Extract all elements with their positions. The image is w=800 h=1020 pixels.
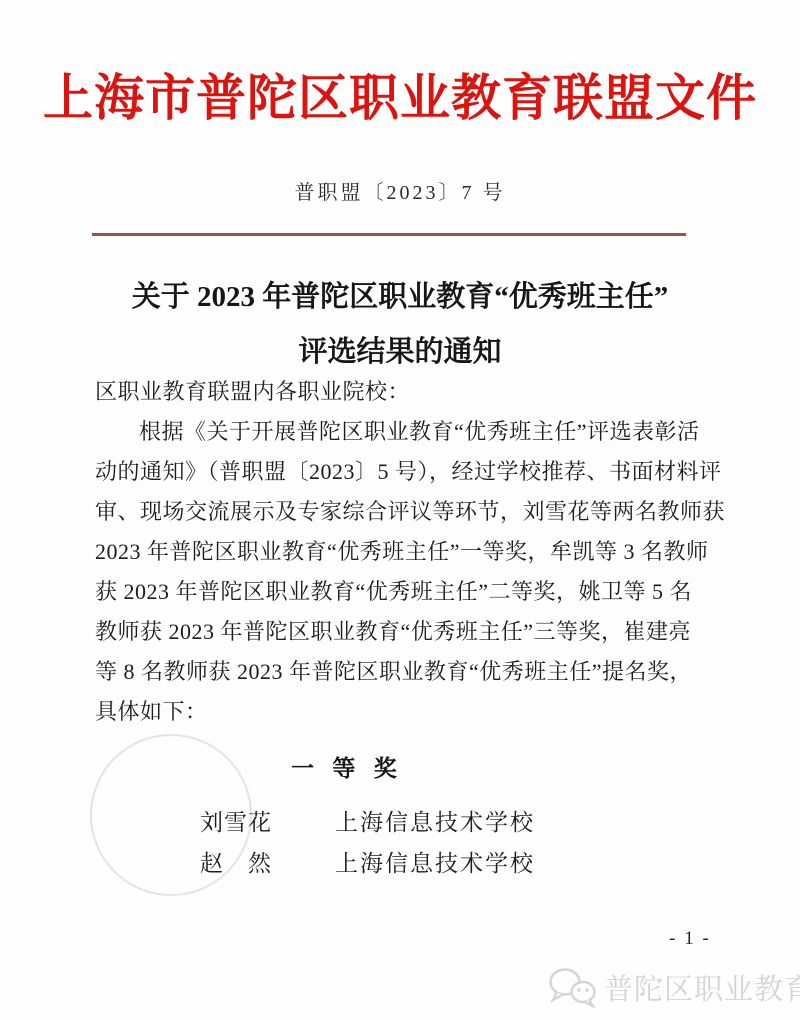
winner-name: 赵 然 <box>200 845 335 878</box>
first-prize-heading: 一 等 奖 <box>291 750 403 783</box>
body-line: 审、现场交流展示及专家综合评议等环节，刘雪花等两名教师获 <box>95 492 713 532</box>
wechat-watermark: 普陀区职业教育联盟 <box>548 966 800 1008</box>
body-line: 获 2023 年普陀区职业教育“优秀班主任”二等奖，姚卫等 5 名 <box>95 572 713 612</box>
winner-school: 上海信息技术学校 <box>335 804 535 837</box>
watermark-label: 普陀区职业教育联盟 <box>604 967 800 1008</box>
wechat-icon <box>548 966 598 1008</box>
body-text: 区职业教育联盟内各职业院校： 根据《关于开展普陀区职业教育“优秀班主任”评选表彰… <box>95 372 713 732</box>
doc-number: 普职盟〔2023〕7 号 <box>0 176 800 205</box>
body-line: 具体如下： <box>95 692 713 732</box>
org-header-title: 上海市普陀区职业教育联盟文件 <box>0 58 800 130</box>
first-prize-winner-list: 刘雪花 上海信息技术学校 赵 然 上海信息技术学校 <box>200 800 620 882</box>
body-line: 2023 年普陀区职业教育“优秀班主任”一等奖，牟凯等 3 名教师 <box>95 532 713 572</box>
red-divider-line <box>92 233 686 236</box>
winner-name: 刘雪花 <box>200 804 335 837</box>
winner-school: 上海信息技术学校 <box>335 845 535 878</box>
page-number: - 1 - <box>655 928 725 950</box>
body-line: 教师获 2023 年普陀区职业教育“优秀班主任”三等奖，崔建亮 <box>95 612 713 652</box>
body-line: 根据《关于开展普陀区职业教育“优秀班主任”评选表彰活 <box>95 412 713 452</box>
body-line: 等 8 名教师获 2023 年普陀区职业教育“优秀班主任”提名奖， <box>95 652 713 692</box>
official-document-page: 上海市普陀区职业教育联盟文件 普职盟〔2023〕7 号 关于 2023 年普陀区… <box>0 0 800 1020</box>
winner-row: 刘雪花 上海信息技术学校 <box>200 800 620 841</box>
body-salutation: 区职业教育联盟内各职业院校： <box>95 372 713 412</box>
winner-row: 赵 然 上海信息技术学校 <box>200 841 620 882</box>
body-line: 动的通知》（普职盟〔2023〕5 号），经过学校推荐、书面材料评 <box>95 452 713 492</box>
doc-title: 关于 2023 年普陀区职业教育“优秀班主任” 评选结果的通知 <box>0 270 800 380</box>
doc-title-line1: 关于 2023 年普陀区职业教育“优秀班主任” <box>0 270 800 325</box>
